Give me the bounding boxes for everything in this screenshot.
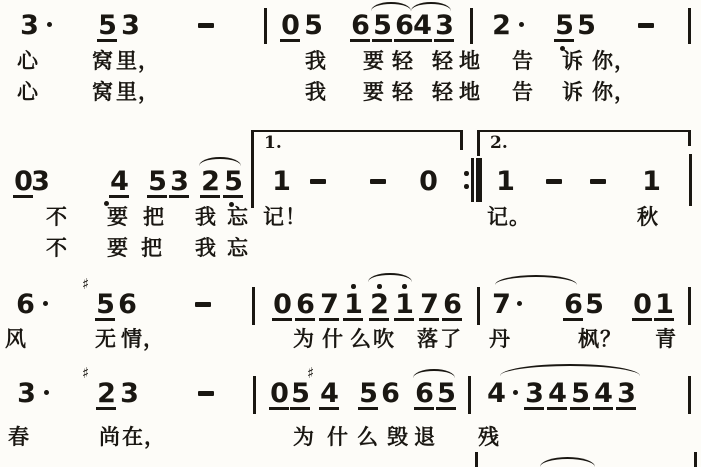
jianpu-note-1: 1 [642,168,660,195]
lyric-text: 窝 [92,50,114,71]
barline [252,287,255,325]
jianpu-note-6: 6 [16,291,34,318]
jianpu-note-2: 2 [97,380,115,407]
lyric-text: 什 [327,426,349,447]
jianpu-note-5: 5 [359,380,377,407]
barline [460,130,463,150]
eighth-underline [593,407,613,410]
lyric-text: 风 [5,328,27,349]
eighth-underline [369,318,389,321]
lyric-text: 忘 [227,237,249,258]
eighth-underline [269,407,289,410]
eighth-underline [109,195,129,198]
repeat-end-barline [464,158,484,202]
jianpu-note-6: 6 [381,380,399,407]
jianpu-note-6: 6 [415,380,433,407]
jianpu-note-5: 5 [291,380,309,407]
sharp-accidental: ♯ [82,277,89,292]
lyric-text: 要 [363,50,385,71]
barline [264,8,267,44]
jianpu-note-5: 5 [224,168,242,195]
duration-dash [198,23,214,28]
eighth-underline [524,407,544,410]
barline [477,287,480,325]
jianpu-note-5: 5 [571,380,589,407]
jianpu-note-3: 3 [120,380,138,407]
volta-label: 2. [490,135,508,152]
augmentation-dot [43,301,48,306]
lyric-text: 情， [121,328,165,349]
barline [477,130,480,156]
jianpu-note-3: 3 [20,12,38,39]
eighth-underline [272,318,292,321]
jianpu-note-4: 4 [487,380,505,407]
augmentation-dot [517,301,522,306]
jianpu-note-5: 5 [148,168,166,195]
eighth-underline [547,407,567,410]
jianpu-note-1: 1 [496,168,514,195]
augmentation-dot [44,390,49,395]
jianpu-note-5: 5 [555,12,573,39]
tie-slur-arc [540,457,595,467]
lyric-text: 忘 [227,206,249,227]
jianpu-note-5: 5 [98,12,116,39]
jianpu-note-3: 3 [17,380,35,407]
jianpu-note-1: 1 [344,291,362,318]
eighth-underline [295,318,315,321]
jianpu-note-6: 6 [395,12,413,39]
high-octave-dot [402,284,407,289]
jianpu-note-5: 5 [585,291,603,318]
duration-dash [546,179,562,184]
jianpu-note-3: 3 [121,12,139,39]
sharp-accidental: ♯ [307,366,314,381]
jianpu-note-3: 3 [31,168,49,195]
lyric-text: 为 [293,328,315,349]
eighth-underline [319,407,339,410]
lyric-text: 心 [17,81,39,102]
jianpu-note-4: 4 [320,380,338,407]
jianpu-note-6: 6 [351,12,369,39]
repeat-dot [464,171,469,176]
lyric-text: 要 [363,81,385,102]
jianpu-note-5: 5 [373,12,391,39]
jianpu-note-2: 2 [201,168,219,195]
jianpu-note-4: 4 [413,12,431,39]
lyric-text: 轻 [392,50,414,71]
jianpu-note-6: 6 [443,291,461,318]
lyric-text: 我 [195,237,217,258]
lyric-text: 么 [350,328,372,349]
lyric-text: 吹 [373,328,395,349]
eighth-underline [200,195,220,198]
jianpu-note-6: 6 [296,291,314,318]
barline [251,130,254,208]
tie-slur-arc [199,157,241,166]
lyric-text: 不 [46,206,68,227]
jianpu-note-0: 0 [419,168,437,195]
lyric-text: 为 [293,426,315,447]
eighth-underline [95,318,115,321]
repeat-thick-bar [476,158,482,202]
eighth-underline [97,39,117,42]
lyric-text: 诉 [562,81,584,102]
lyric-text: 记！ [263,206,307,227]
lyric-text: 秋 [637,206,659,227]
eighth-underline [412,39,432,42]
lyric-text: 你， [592,50,636,71]
jianpu-note-3: 3 [617,380,635,407]
jianpu-note-5: 5 [304,12,322,39]
jianpu-note-2: 2 [492,12,510,39]
jianpu-note-6: 6 [118,291,136,318]
jianpu-note-0: 0 [273,291,291,318]
jianpu-note-7: 7 [320,291,338,318]
jianpu-note-3: 3 [170,168,188,195]
eighth-underline [223,195,243,198]
eighth-underline [147,195,167,198]
augmentation-dot [47,22,52,27]
high-octave-dot [351,284,356,289]
eighth-underline [319,318,339,321]
eighth-underline [616,407,636,410]
barline [688,8,691,44]
repeat-thin-bar [471,158,474,202]
augmentation-dot [513,390,518,395]
jianpu-note-3: 3 [525,380,543,407]
jianpu-note-1: 1 [395,291,413,318]
lyric-text: 在， [122,426,166,447]
eighth-underline [654,318,674,321]
eighth-underline [343,318,363,321]
repeat-dot [464,184,469,189]
augmentation-dot [519,22,524,27]
eighth-underline [372,39,392,42]
eighth-underline [169,195,189,198]
lyric-text: 尚 [99,426,121,447]
duration-dash [195,302,211,307]
duration-dash [370,179,386,184]
lyric-text: 告 [512,50,534,71]
lyric-text: 轻 [432,50,454,71]
eighth-underline [350,39,370,42]
tie-slur-arc [495,275,577,285]
barline [253,376,256,414]
lyric-text: 诉 [562,50,584,71]
lyric-text: 春 [8,426,30,447]
lyric-text: 枫？ [578,328,622,349]
barline [689,154,692,206]
eighth-underline [434,39,454,42]
eighth-underline [96,407,116,410]
barline [470,8,473,44]
lyric-text: 落 [417,328,439,349]
eighth-underline [554,39,574,42]
barline [468,376,471,414]
lyric-text: 我 [305,50,327,71]
jianpu-note-0: 0 [270,380,288,407]
lyric-text: 要 [107,237,129,258]
jianpu-note-4: 4 [548,380,566,407]
lyric-text: 地 [459,50,481,71]
lyric-text: 里， [116,81,160,102]
barline [694,452,697,467]
lyric-text: 不 [46,237,68,258]
eighth-underline [290,407,310,410]
eighth-underline [563,318,583,321]
lyric-text: 残 [478,426,500,447]
lyric-text: 了 [440,328,462,349]
jianpu-note-1: 1 [655,291,673,318]
lyric-text: 退 [414,426,436,447]
high-octave-dot [377,284,382,289]
duration-dash [198,391,214,396]
duration-dash [590,179,606,184]
lyric-text: 里， [116,50,160,71]
jianpu-note-0: 0 [281,12,299,39]
eighth-underline [414,407,434,410]
tie-slur-arc [413,369,455,378]
jianpu-note-5: 5 [577,12,595,39]
jianpu-note-6: 6 [564,291,582,318]
lyric-text: 记。 [487,206,531,227]
lyric-text: 么 [357,426,379,447]
lyric-text: 青 [655,328,677,349]
lyric-text: 要 [107,206,129,227]
jianpu-note-5: 5 [437,380,455,407]
jianpu-note-7: 7 [420,291,438,318]
lyric-text: 你， [592,81,636,102]
volta-bracket-1: 1. [252,130,462,140]
eighth-underline [442,318,462,321]
jianpu-note-4: 4 [110,168,128,195]
duration-dash [310,179,326,184]
lyric-text: 窝 [92,81,114,102]
lyric-text: 轻 [392,81,414,102]
eighth-underline [419,318,439,321]
lyric-text: 什 [322,328,344,349]
eighth-underline [13,195,33,198]
jianpu-note-2: 2 [370,291,388,318]
lyric-text: 把 [143,206,165,227]
sharp-accidental: ♯ [82,366,89,381]
barline [475,452,478,467]
lyric-text: 心 [17,50,39,71]
jianpu-note-4: 4 [594,380,612,407]
eighth-underline [394,318,414,321]
jianpu-note-7: 7 [492,291,510,318]
duration-dash [638,23,654,28]
volta-label: 1. [264,135,282,152]
volta-bracket-2: 2. [478,130,690,140]
lyric-text: 我 [305,81,327,102]
lyric-text: 告 [512,81,534,102]
jianpu-note-5: 5 [96,291,114,318]
jianpu-note-3: 3 [435,12,453,39]
barline [688,376,691,414]
eighth-underline [436,407,456,410]
tie-slur-arc [368,273,412,282]
jianpu-score-page: 3530565643255心窝里，我要轻轻地告诉你，心窝里，我要轻轻地告诉你，1… [0,0,701,467]
lyric-text: 无 [95,328,117,349]
lyric-text: 我 [195,206,217,227]
jianpu-note-0: 0 [633,291,651,318]
jianpu-note-0: 0 [14,168,32,195]
barline [688,130,691,146]
lyric-text: 地 [459,81,481,102]
lyric-text: 把 [141,237,163,258]
tie-slur-arc [500,364,640,376]
lyric-text: 轻 [432,81,454,102]
eighth-underline [394,39,414,42]
barline [688,287,691,325]
lyric-text: 丹 [489,328,511,349]
lyric-text: 毁 [387,426,409,447]
jianpu-note-1: 1 [272,168,290,195]
eighth-underline [632,318,652,321]
eighth-underline [280,39,300,42]
eighth-underline [358,407,378,410]
eighth-underline [570,407,590,410]
